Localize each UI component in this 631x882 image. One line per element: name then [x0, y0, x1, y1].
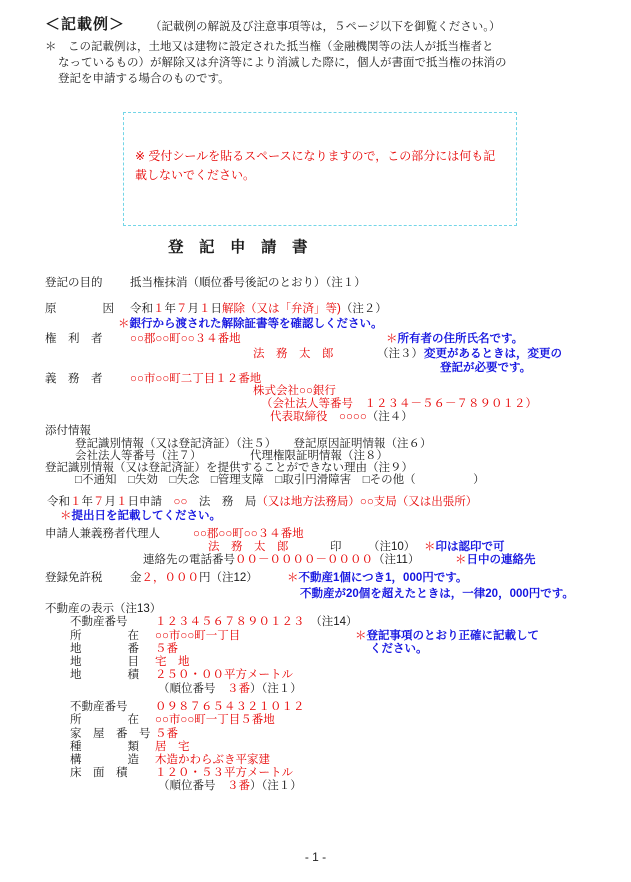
doc-line: 地 番５番ください。	[0, 642, 631, 656]
doc-line: 代表取締役 ○○○○（注４）	[0, 410, 631, 424]
doc-line-part: ５番	[155, 642, 178, 656]
doc-line: 登録免許税金２，０００円（注12）＊不動産1個につき1，000円です。	[0, 571, 631, 585]
doc-line: 不動産番号０９８７６５４３２１０１２	[0, 700, 631, 714]
text-run: 令和	[130, 303, 153, 315]
text-run: 登記事項のとおり正確に記載して	[367, 630, 540, 642]
doc-line: 申請人兼義務者代理人○○郡○○町○○３４番地	[0, 527, 631, 541]
text-run: ○○	[174, 496, 188, 508]
text-run: （順位番号	[158, 683, 227, 695]
text-run: 月	[105, 496, 117, 508]
text-run: （又は地方法務局）○○支局（又は出張所）	[256, 496, 477, 508]
doc-line: （会社法人等番号 １２３４－５６－７８９０１２）	[0, 397, 631, 411]
text-run: 所 在	[70, 630, 139, 642]
intro-paragraph-line-2: なっているもの）が解除又は弁済等により消滅した際に，個人が書面で抵当権の抹消の	[58, 54, 507, 70]
doc-line-part: 登録免許税	[45, 571, 103, 585]
doc-line-part: 添付情報	[45, 424, 91, 438]
text-run: ２５０・００平方メートル	[155, 669, 293, 681]
text-run: ５番	[155, 643, 178, 655]
text-run: 不動産1個につき1，000円です。	[299, 572, 468, 584]
text-run: 提出日を記載してください。	[72, 510, 222, 522]
text-run: 変更があるときは，変更の	[424, 348, 562, 360]
intro-paragraph-line-1: ＊ この記載例は，土地又は建物に設定された抵当権（金融機関等の法人が抵当権者と	[45, 38, 494, 54]
page-number: - 1 -	[0, 850, 631, 864]
text-run: ＊	[60, 510, 72, 522]
doc-line: □不通知 □失効 □失念 □管理支障 □取引円滑障害 □その他（ ）	[0, 473, 631, 487]
text-run: １	[153, 303, 165, 315]
doc-line-part: 変更があるときは，変更の	[424, 347, 562, 361]
text-run: ２，０００	[142, 572, 200, 584]
text-run: 不動産の表示（注13）	[45, 603, 161, 615]
doc-line: 所 在○○市○○町一丁目５番地	[0, 713, 631, 727]
doc-line-part: 代表取締役 ○○○○（注４）	[270, 410, 413, 424]
text-run: １２３４５６７８９０１２３	[155, 616, 305, 628]
text-run: 居 宅	[155, 741, 190, 753]
doc-line-part: 申請人兼義務者代理人	[45, 527, 160, 541]
text-run: 抵当権抹消（順位番号後記のとおり）（注１）	[130, 277, 366, 289]
doc-line-part: 不動産番号	[70, 700, 128, 714]
doc-line-part: 地 番	[70, 642, 139, 656]
text-run: 不動産が20個を超えたときは，一律20，000円です。	[300, 588, 574, 600]
text-run: （会社法人等番号 １２３４－５６－７８９０１２）	[261, 398, 537, 410]
doc-line: 地 積２５０・００平方メートル	[0, 668, 631, 682]
text-run: ○○郡○○町○○３４番地	[130, 333, 241, 345]
doc-line-part: 不動産の表示（注13）	[45, 602, 161, 616]
text-run: 銀行から渡された解除証書等を確認しください。	[130, 318, 383, 330]
text-run: 不動産番号	[70, 616, 128, 628]
text-run: ください。	[370, 643, 428, 655]
doc-line: 令和１年７月１日申請 ○○ 法 務 局（又は地方法務局）○○支局（又は出張所）	[0, 495, 631, 509]
text-run: 構 造	[70, 754, 139, 766]
doc-line: 添付情報	[0, 424, 631, 438]
reception-seal-space-box: ※ 受付シールを貼るスペースになりますので，この部分には何も記載しないでください…	[123, 112, 517, 226]
doc-line-part: ○○郡○○町○○３４番地	[193, 527, 304, 541]
text-run: 所 在	[70, 714, 139, 726]
doc-line-part: 居 宅	[155, 740, 190, 754]
doc-line: 床 面 積１２０・５３平方メートル	[0, 766, 631, 780]
text-run: （注３）	[377, 348, 423, 360]
text-run: ＊	[287, 572, 299, 584]
text-run: 日申請	[128, 496, 174, 508]
text-run: 権 利 者	[45, 333, 103, 345]
text-run: 解除（又は「弁済」等)	[222, 303, 341, 315]
text-run: （注２）	[341, 303, 387, 315]
text-run: 法 務 太 郎	[253, 348, 334, 360]
doc-line-part: 法 務 太 郎	[253, 347, 334, 361]
text-run: 日中の連絡先	[467, 554, 536, 566]
doc-line-part: 種 類	[70, 740, 139, 754]
doc-line-part: 抵当権抹消（順位番号後記のとおり）（注１）	[130, 276, 366, 290]
doc-line-part: ＊登記事項のとおり正確に記載して	[355, 629, 539, 643]
doc-line: 種 類居 宅	[0, 740, 631, 754]
text-run: 金	[130, 572, 142, 584]
text-run: 法 務 太 郎	[208, 541, 289, 553]
doc-line-part: 所 在	[70, 629, 139, 643]
doc-line: ＊銀行から渡された解除証書等を確認しください。	[0, 317, 631, 331]
text-run: ＊	[455, 554, 467, 566]
doc-line: 連絡先の電話番号００－００００－００００（注11）＊日中の連絡先	[0, 553, 631, 567]
doc-line-part: 株式会社○○銀行	[253, 384, 336, 398]
doc-line-part: 不動産番号	[70, 615, 128, 629]
doc-line-part: 権 利 者	[45, 332, 103, 346]
doc-line-part: ○○市○○町一丁目５番地	[155, 713, 275, 727]
doc-line-part: ＊印は認印で可	[424, 540, 505, 554]
text-run: 年	[82, 496, 94, 508]
doc-line-part: ○○郡○○町○○３４番地	[130, 332, 241, 346]
text-run: 法 務 局	[187, 496, 256, 508]
text-run: 床 面 積	[70, 767, 128, 779]
text-run: 令和	[47, 496, 70, 508]
doc-line: ＊提出日を記載してください。	[0, 509, 631, 523]
text-run: ７	[93, 496, 105, 508]
text-run: 印は認印で可	[436, 541, 505, 553]
text-run: 代表取締役 ○○○○	[270, 411, 367, 423]
text-run: 所有者の住所氏名です。	[398, 333, 524, 345]
sample-tag-heading: ＜記載例＞	[45, 13, 125, 34]
doc-line-part: １２３４５６７８９０１２３ （注14）	[155, 615, 358, 629]
text-run: 日	[211, 303, 223, 315]
text-run: ００－００００－００００	[235, 554, 373, 566]
doc-line-part: 所 在	[70, 713, 139, 727]
text-run: 連絡先の電話番号	[143, 554, 235, 566]
doc-line-part: 法 務 太 郎	[208, 540, 289, 554]
doc-line: 原 因令和１年７月１日解除（又は「弁済」等)（注２）	[0, 302, 631, 316]
doc-line: 不動産が20個を超えたときは，一律20，000円です。	[0, 587, 631, 601]
text-run: 原 因	[45, 303, 114, 315]
doc-line: （順位番号 ３番）（注１）	[0, 682, 631, 696]
doc-line: 登記の目的抵当権抹消（順位番号後記のとおり）（注１）	[0, 276, 631, 290]
text-run: ○○郡○○町○○３４番地	[193, 528, 304, 540]
doc-line: 構 造木造かわらぶき平家建	[0, 753, 631, 767]
doc-line-part: ＊提出日を記載してください。	[60, 509, 221, 523]
doc-line-part: 連絡先の電話番号００－００００－００００（注11）	[143, 553, 419, 567]
doc-line-part: 地 積	[70, 668, 139, 682]
doc-line-part: ５番	[155, 727, 178, 741]
application-form-title: 登 記 申 請 書	[168, 235, 308, 257]
text-run: （注４）	[367, 411, 413, 423]
doc-line-part: （注３）	[377, 347, 423, 361]
doc-line-part: 不動産が20個を超えたときは，一律20，000円です。	[300, 587, 574, 601]
doc-line-part: １２０・５３平方メートル	[155, 766, 293, 780]
doc-line-part: 床 面 積	[70, 766, 128, 780]
doc-line-part: ○○市○○町一丁目	[155, 629, 240, 643]
doc-line-part: 地 目	[70, 655, 139, 669]
text-run: １	[199, 303, 211, 315]
text-run: ３番	[227, 780, 250, 792]
text-run: 申請人兼義務者代理人	[45, 528, 160, 540]
text-run: 円	[199, 572, 211, 584]
text-run: 家 屋 番 号	[70, 728, 151, 740]
text-run: ）（注１）	[250, 780, 302, 792]
doc-line: 不動産番号１２３４５６７８９０１２３ （注14）	[0, 615, 631, 629]
text-run: ○○市○○町一丁目５番地	[155, 714, 275, 726]
text-run: １	[70, 496, 82, 508]
doc-line-part: ＊日中の連絡先	[455, 553, 536, 567]
text-run: ○○市○○町一丁目	[155, 630, 240, 642]
text-run: 印	[330, 541, 342, 553]
doc-line: 地 目宅 地	[0, 655, 631, 669]
text-run: 年	[165, 303, 177, 315]
doc-line-part: 原 因	[45, 302, 114, 316]
text-run: （注10）	[368, 541, 415, 553]
text-run: 地 目	[70, 656, 139, 668]
text-run: １	[116, 496, 128, 508]
text-run: ＊	[118, 318, 130, 330]
text-run: 登記の目的	[45, 277, 103, 289]
text-run: ）（注１）	[250, 683, 302, 695]
text-run: ３番	[227, 683, 250, 695]
text-run: 種 類	[70, 741, 139, 753]
text-run: ＊	[424, 541, 436, 553]
text-run: （注12）	[211, 572, 258, 584]
text-run: １２０・５３平方メートル	[155, 767, 293, 779]
doc-line-part: 令和１年７月１日解除（又は「弁済」等)（注２）	[130, 302, 387, 316]
text-run: （注11）	[373, 554, 419, 566]
doc-line-part: （注10）	[368, 540, 415, 554]
doc-line-part: ください。	[370, 642, 428, 656]
text-run: 宅 地	[155, 656, 190, 668]
doc-line: 株式会社○○銀行	[0, 384, 631, 398]
text-run: ＊	[386, 333, 398, 345]
text-run: 地 積	[70, 669, 139, 681]
text-run: 添付情報	[45, 425, 91, 437]
text-run: 地 番	[70, 643, 139, 655]
doc-line-part: 木造かわらぶき平家建	[155, 753, 270, 767]
text-run: ７	[176, 303, 188, 315]
doc-line-part: ＊銀行から渡された解除証書等を確認しください。	[118, 317, 383, 331]
text-run: （順位番号	[158, 780, 227, 792]
doc-line: 法 務 太 郎印（注10）＊印は認印で可	[0, 540, 631, 554]
doc-line-part: □不通知 □失効 □失念 □管理支障 □取引円滑障害 □その他（ ）	[75, 473, 485, 487]
doc-line: （順位番号 ３番）（注１）	[0, 779, 631, 793]
text-run: 木造かわらぶき平家建	[155, 754, 270, 766]
text-run: □不通知 □失効 □失念 □管理支障 □取引円滑障害 □その他（ ）	[75, 474, 485, 486]
text-run: 登録免許税	[45, 572, 103, 584]
doc-line-part: ＊所有者の住所氏名です。	[386, 332, 523, 346]
doc-line-part: 令和１年７月１日申請 ○○ 法 務 局（又は地方法務局）○○支局（又は出張所）	[47, 495, 477, 509]
doc-line: 権 利 者○○郡○○町○○３４番地＊所有者の住所氏名です。	[0, 332, 631, 346]
document-page: ＜記載例＞ （記載例の解説及び注意事項等は，５ページ以下を御覧ください。） ＊ …	[0, 0, 631, 882]
doc-line: 家 屋 番 号５番	[0, 727, 631, 741]
intro-paragraph-line-3: 登記を申請する場合のものです。	[58, 70, 230, 86]
doc-line: 不動産の表示（注13）	[0, 602, 631, 616]
doc-line: 法 務 太 郎（注３）変更があるときは，変更の	[0, 347, 631, 361]
doc-line-part: 登記の目的	[45, 276, 103, 290]
doc-line-part: ０９８７６５４３２１０１２	[155, 700, 305, 714]
text-run: 不動産番号	[70, 701, 128, 713]
doc-line-part: 構 造	[70, 753, 139, 767]
doc-line-part: 家 屋 番 号	[70, 727, 151, 741]
doc-line-part: 金２，０００円（注12）	[130, 571, 258, 585]
text-run: （注14）	[305, 616, 358, 628]
text-run: ＊	[355, 630, 367, 642]
text-run: ０９８７６５４３２１０１２	[155, 701, 305, 713]
sample-tag-note: （記載例の解説及び注意事項等は，５ページ以下を御覧ください。）	[150, 18, 501, 34]
text-run: ５番	[155, 728, 178, 740]
doc-line-part: 宅 地	[155, 655, 190, 669]
doc-line-part: （順位番号 ３番）（注１）	[158, 779, 302, 793]
doc-line-part: （順位番号 ３番）（注１）	[158, 682, 302, 696]
doc-line-part: 印	[330, 540, 342, 554]
reception-seal-space-note: ※ 受付シールを貼るスペースになりますので，この部分には何も記載しないでください…	[135, 147, 505, 185]
doc-line-part: （会社法人等番号 １２３４－５６－７８９０１２）	[261, 397, 537, 411]
text-run: 月	[188, 303, 200, 315]
doc-line-part: ２５０・００平方メートル	[155, 668, 293, 682]
doc-line-part: ＊不動産1個につき1，000円です。	[287, 571, 467, 585]
text-run: 株式会社○○銀行	[253, 385, 336, 397]
doc-line: 所 在○○市○○町一丁目＊登記事項のとおり正確に記載して	[0, 629, 631, 643]
